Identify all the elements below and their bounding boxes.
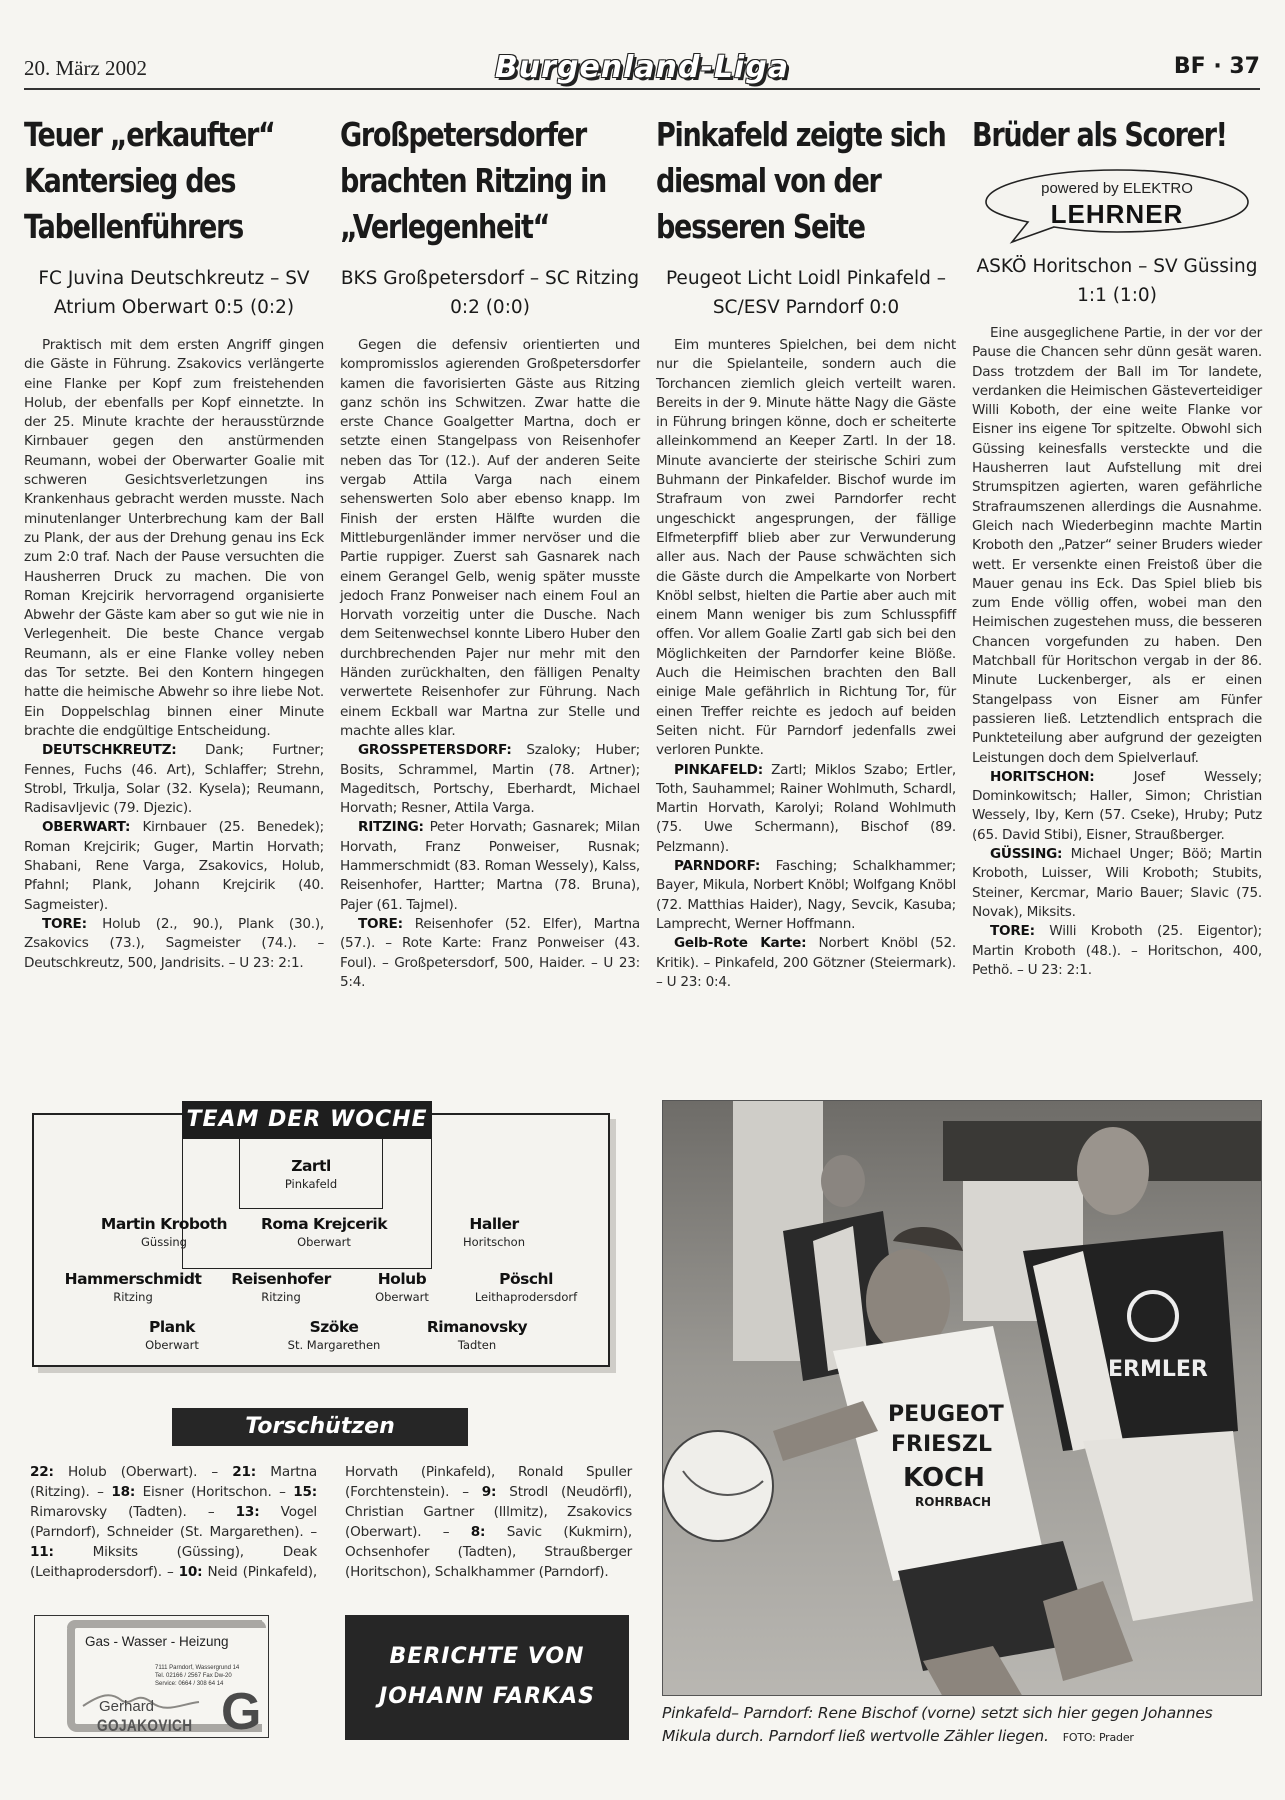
section-title: Burgenland-Liga	[24, 50, 1260, 85]
article-paragraph: Praktisch mit dem ersten Angriff gingen …	[24, 336, 324, 741]
team-of-the-week: TEAM DER WOCHE ZartlPinkafeld Martin Kro…	[32, 1113, 610, 1367]
article-headline: Pinkafeld zeigte sich diesmal von der be…	[656, 112, 956, 250]
lineup-home: PINKAFELD: Zartl; Miklos Szabo; Ertler, …	[656, 761, 956, 857]
match-result: Peugeot Licht Loidl Pinkafeld – SC/ESV P…	[656, 264, 956, 322]
goals-info: TORE: Willi Kroboth (25. Eigentor); Mart…	[972, 922, 1262, 980]
ad-logo-letter: G	[221, 1686, 261, 1738]
masthead: 20. März 2002 Burgenland-Liga BF · 37	[24, 50, 1260, 90]
svg-text:KOCH: KOCH	[903, 1463, 985, 1493]
lineup-away: GÜSSING: Michael Unger; Böö; Martin Krob…	[972, 845, 1262, 922]
article-headline: Teuer „erkaufter“ Kantersieg des Tabelle…	[24, 112, 324, 250]
cards-info: Gelb-Rote Karte: Norbert Knöbl (52. Krit…	[656, 934, 956, 992]
photo-caption: Pinkafeld– Parndorf: Rene Bischof (vorne…	[662, 1702, 1262, 1749]
player-goalkeeper: ZartlPinkafeld	[226, 1157, 396, 1191]
lineup-away: RITZING: Peter Horvath; Gasnarek; Milan …	[340, 818, 640, 914]
article-body: Gegen die defensiv orientierten und komp…	[340, 336, 640, 992]
author-byline: BERICHTE VON JOHANN FARKAS	[345, 1615, 629, 1740]
article-horitschon-guessing: Brüder als Scorer! powered by ELEKTRO LE…	[972, 112, 1262, 980]
player-defender: HallerHoritschon	[409, 1215, 579, 1249]
svg-text:PEUGEOT: PEUGEOT	[888, 1402, 1004, 1427]
article-body: Eine ausgeglichene Partie, in der vor de…	[972, 324, 1262, 980]
photo-credit: FOTO: Prader	[1063, 1731, 1134, 1744]
lineup-away: PARNDORF: Fasching; Schalkhammer; Bayer,…	[656, 857, 956, 934]
team-of-week-title: TEAM DER WOCHE	[182, 1101, 432, 1139]
plumber-advertisement: Gas - Wasser - Heizung 7111 Parndorf, Wa…	[34, 1615, 269, 1738]
article-body: Eim munteres Spielchen, bei dem nicht nu…	[656, 336, 956, 992]
svg-text:ERMLER: ERMLER	[1108, 1357, 1208, 1382]
lineup-home: HORITSCHON: Josef Wessely; Dominkowitsch…	[972, 768, 1262, 845]
svg-text:ROHRBACH: ROHRBACH	[915, 1495, 991, 1509]
player-defender: Martin KrobothGüssing	[79, 1215, 249, 1249]
article-paragraph: Gegen die defensiv orientierten und komp…	[340, 336, 640, 741]
article-headline: Großpetersdorfer brachten Ritzing in „Ve…	[340, 112, 640, 250]
ad-tagline: Gas - Wasser - Heizung	[85, 1634, 229, 1649]
scorers-title: Torschützen	[172, 1408, 468, 1446]
player-forward: RimanovskyTadten	[392, 1318, 562, 1352]
svg-text:FRIESZL: FRIESZL	[891, 1432, 992, 1457]
goals-info: TORE: Holub (2., 90.), Plank (30.), Zsak…	[24, 915, 324, 973]
sponsor-name: LEHRNER	[982, 199, 1252, 230]
player-forward: PlankOberwart	[87, 1318, 257, 1352]
ad-first-name: Gerhard	[99, 1698, 154, 1715]
page-number: BF · 37	[1174, 54, 1260, 79]
article-deutschkreutz-oberwart: Teuer „erkaufter“ Kantersieg des Tabelle…	[24, 112, 324, 973]
article-headline: Brüder als Scorer!	[972, 112, 1262, 158]
sponsor-line: powered by ELEKTRO	[982, 180, 1252, 197]
sponsor-speech-bubble: powered by ELEKTRO LEHRNER	[982, 166, 1252, 244]
article-body: Praktisch mit dem ersten Angriff gingen …	[24, 336, 324, 973]
match-result: ASKÖ Horitschon – SV Güssing 1:1 (1:0)	[972, 252, 1262, 310]
player-defender: Roma KrejcerikOberwart	[239, 1215, 409, 1249]
player-midfielder: PöschlLeithaprodersdorf	[441, 1270, 611, 1304]
scorers-list: 22: Holub (Oberwart). – 21: Martna (Ritz…	[30, 1462, 632, 1582]
ad-last-name: GOJAKOVICH	[97, 1716, 192, 1736]
article-paragraph: Eine ausgeglichene Partie, in der vor de…	[972, 324, 1262, 768]
football-players-photo: ERMLER PEUGEOT FRIESZL KOCH ROHRBACH	[663, 1101, 1262, 1696]
article-grosspetersdorf-ritzing: Großpetersdorfer brachten Ritzing in „Ve…	[340, 112, 640, 992]
lineup-away: OBERWART: Kirnbauer (25. Benedek); Roman…	[24, 818, 324, 914]
match-result: BKS Großpetersdorf – SC Ritzing 0:2 (0:0…	[340, 264, 640, 322]
article-pinkafeld-parndorf: Pinkafeld zeigte sich diesmal von der be…	[656, 112, 956, 992]
article-paragraph: Eim munteres Spielchen, bei dem nicht nu…	[656, 336, 956, 761]
goals-info: TORE: Reisenhofer (52. Elfer), Martna (5…	[340, 915, 640, 992]
lineup-home: DEUTSCHKREUTZ: Dank; Furtner; Fennes, Fu…	[24, 741, 324, 818]
lineup-home: GROSSPETERSDORF: Szaloky; Huber; Bosits,…	[340, 741, 640, 818]
match-photo: ERMLER PEUGEOT FRIESZL KOCH ROHRBACH	[662, 1100, 1262, 1696]
match-result: FC Juvina Deutschkreutz – SV Atrium Ober…	[24, 264, 324, 322]
player-midfielder: HammerschmidtRitzing	[48, 1270, 218, 1304]
